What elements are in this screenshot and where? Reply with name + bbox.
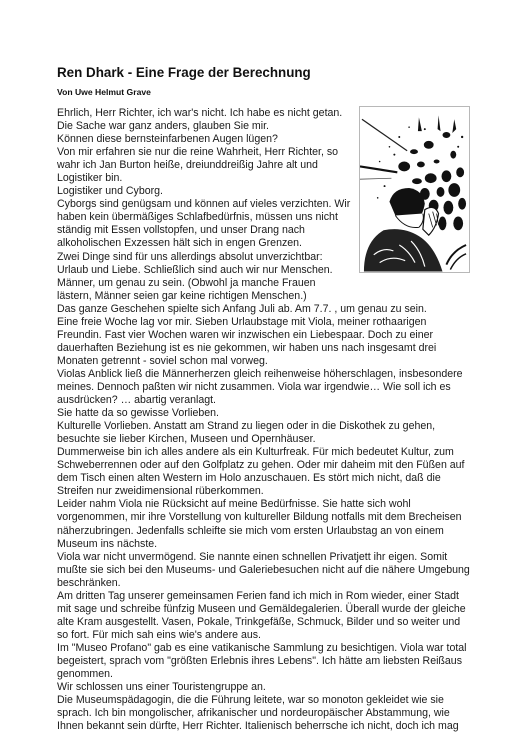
text-line: Freundin. Fast vier Wochen waren wir inz…	[57, 329, 517, 342]
text-line: lästern, Männer seien gar keine richtige…	[57, 290, 517, 303]
text-line: Eine freie Woche lag vor mir. Sieben Url…	[57, 316, 517, 329]
text-line: besuchte sie lieber Kirchen, Museen und …	[57, 433, 517, 446]
text-line: mit sage und schreibe fünfzig Museen und…	[57, 603, 517, 616]
text-line: Dummerweise bin ich alles andere als ein…	[57, 446, 517, 459]
text-line: Am dritten Tag unserer gemeinsamen Ferie…	[57, 590, 517, 603]
text-line: beschränken.	[57, 577, 517, 590]
text-line: haben kein übermäßiges Schlafbedürfnis, …	[57, 211, 517, 224]
text-line: Zwei Dinge sind für uns allerdings absol…	[57, 251, 517, 264]
text-line: Die Sache war ganz anders, glauben Sie m…	[57, 120, 517, 133]
text-line: Ehrlich, Herr Richter, ich war's nicht. …	[57, 107, 517, 120]
text-line: Streifen nur zweidimensional rüberkommen…	[57, 485, 517, 498]
text-line: Monaten getrennt - soviel schon mal vorw…	[57, 355, 517, 368]
text-line: Kulturelle Vorlieben. Anstatt am Strand …	[57, 420, 517, 433]
text-line: vorgenommen, mir ihre Vorstellung von ku…	[57, 511, 517, 524]
document-title: Ren Dhark - Eine Frage der Berechnung	[57, 65, 311, 80]
text-line: Können diese bernsteinfarbenen Augen lüg…	[57, 133, 517, 146]
text-line: Das ganze Geschehen spielte sich Anfang …	[57, 303, 517, 316]
text-line: dem Tisch einen alten Western im Holo an…	[57, 472, 517, 485]
document-page: Ren Dhark - Eine Frage der Berechnung Vo…	[0, 0, 530, 751]
text-line: Wir schlossen uns einer Touristengruppe …	[57, 681, 517, 694]
text-line: alte Kram ausgestellt. Vasen, Pokale, Tr…	[57, 616, 517, 629]
text-line: Ihnen bekannt sein dürfte, Herr Richter.…	[57, 720, 517, 733]
text-line: näherzubringen. Jedenfalls schleifte sie…	[57, 525, 517, 538]
text-line: so fort. Für mich sah eins wie's andere …	[57, 629, 517, 642]
author-byline: Von Uwe Helmut Grave	[57, 87, 151, 97]
text-line: Urlaub und Liebe. Schließlich sind auch …	[57, 264, 517, 277]
document-body: Ehrlich, Herr Richter, ich war's nicht. …	[57, 107, 517, 733]
text-line: Von mir erfahren sie nur die reine Wahrh…	[57, 146, 517, 159]
text-line: ausdrücken? … abartig veranlagt.	[57, 394, 517, 407]
text-line: Sie hatte da so gewisse Vorlieben.	[57, 407, 517, 420]
text-line: Viola war nicht unvermögend. Sie nannte …	[57, 551, 517, 564]
text-line: Violas Anblick ließ die Männerherzen gle…	[57, 368, 517, 381]
text-line: meines. Dennoch paßten wir nicht zusamme…	[57, 381, 517, 394]
text-line: Leider nahm Viola nie Rücksicht auf mein…	[57, 498, 517, 511]
text-line: Schweberrennen oder auf den Golfplatz zu…	[57, 459, 517, 472]
text-line: Die Museumspädagogin, die die Führung le…	[57, 694, 517, 707]
text-line: Cyborgs sind genügsam und können auf vie…	[57, 198, 517, 211]
text-line: wahr ich Jan Burton heiße, dreiunddreißi…	[57, 159, 517, 172]
text-line: genommen.	[57, 668, 517, 681]
text-line: Im "Museo Profano" gab es eine vatikanis…	[57, 642, 517, 655]
text-line: Logistiker bin.	[57, 172, 517, 185]
text-line: alkoholischen Exzessen hält sich in enge…	[57, 237, 517, 250]
text-line: ständig mit Essen vollstopfen, und unser…	[57, 224, 517, 237]
text-line: mußte sie sich bei den Museums- und Gale…	[57, 564, 517, 577]
text-line: dauerhaften Beziehung ist es nie gekomme…	[57, 342, 517, 355]
text-line: Museum ins nächste.	[57, 538, 517, 551]
text-line: Logistiker und Cyborg.	[57, 185, 517, 198]
text-line: begeistert, sprach vom "größten Erlebnis…	[57, 655, 517, 668]
text-line: Männer, um genau zu sein. (Obwohl ja man…	[57, 277, 517, 290]
text-line: sprach. Ich bin mongolischer, afrikanisc…	[57, 707, 517, 720]
